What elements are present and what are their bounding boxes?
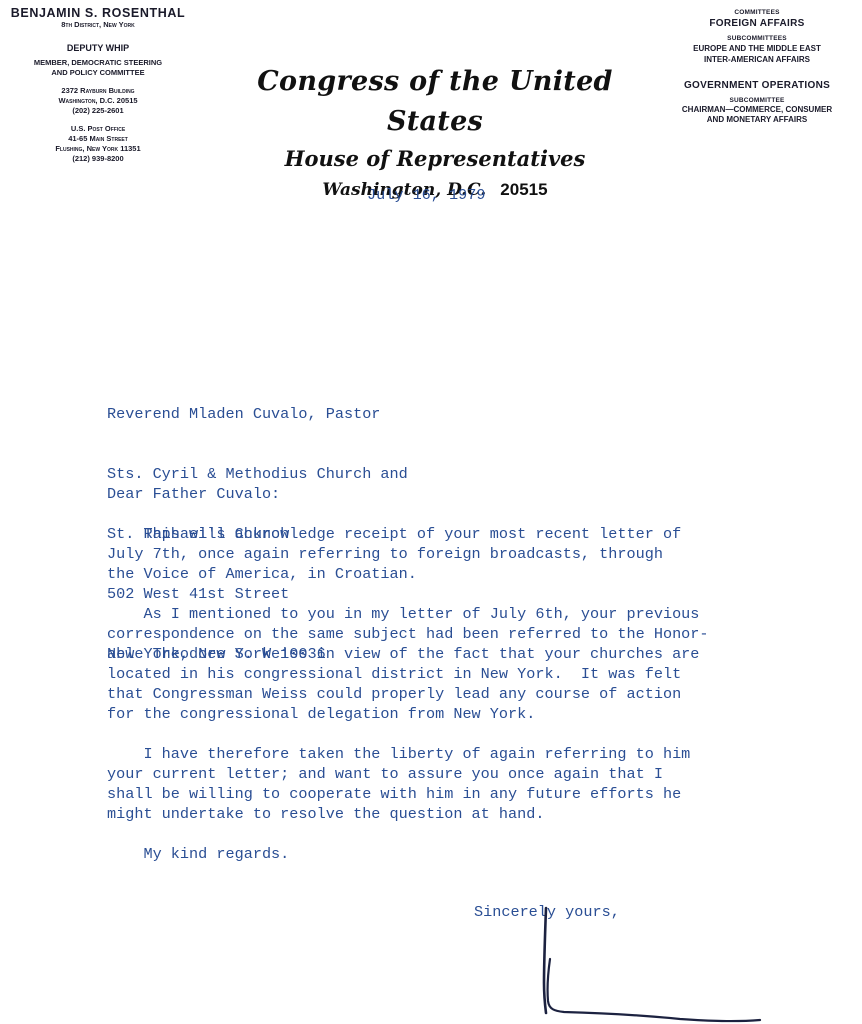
letterhead-left: BENJAMIN S. ROSENTHAL 8th District, New …: [0, 6, 196, 164]
address-line: Reverend Mladen Cuvalo, Pastor: [107, 404, 408, 424]
dc-office-line: 2372 Rayburn Building: [0, 86, 196, 96]
ny-office-line: 41-65 Main Street: [0, 134, 196, 144]
subcommittees-label: SUBCOMMITTEES: [652, 34, 862, 43]
committee-government-operations: GOVERNMENT OPERATIONS: [652, 79, 862, 93]
letterhead-congress: Congress of the United States: [230, 62, 640, 142]
letter-date: July 16, 1979: [367, 185, 485, 205]
letterhead-right: COMMITTEES FOREIGN AFFAIRS SUBCOMMITTEES…: [652, 8, 862, 125]
committees-label: COMMITTEES: [652, 8, 862, 17]
leadership-title: DEPUTY WHIP: [0, 43, 196, 54]
paragraph: As I mentioned to you in my letter of Ju…: [107, 604, 709, 724]
address-line: Sts. Cyril & Methodius Church and: [107, 464, 408, 484]
dc-office-line: Washington, D.C. 20515: [0, 96, 196, 106]
paragraph: My kind regards.: [107, 844, 289, 864]
ny-office-phone: (212) 939-8200: [0, 154, 196, 164]
salutation: Dear Father Cuvalo:: [107, 484, 280, 504]
subcommittee-europe: EUROPE AND THE MIDDLE EAST: [652, 43, 862, 54]
ny-office-line: Flushing, New York 11351: [0, 144, 196, 154]
paragraph: This will acknowledge receipt of your mo…: [107, 524, 681, 584]
ny-office-line: U.S. Post Office: [0, 124, 196, 134]
congressman-name: BENJAMIN S. ROSENTHAL: [0, 6, 196, 20]
letterhead-zip: 20515: [500, 180, 547, 199]
letterhead-house: House of Representatives: [230, 142, 640, 176]
chairmanship-line-2: AND MONETARY AFFAIRS: [652, 115, 862, 125]
dc-office-phone: (202) 225-2601: [0, 106, 196, 116]
subcommittee-inter-american: INTER-AMERICAN AFFAIRS: [652, 54, 862, 65]
signature: [530, 905, 770, 1024]
address-line: 502 West 41st Street: [107, 584, 408, 604]
membership-line-1: MEMBER, DEMOCRATIC STEERING: [0, 58, 196, 68]
membership-line-2: AND POLICY COMMITTEE: [0, 68, 196, 78]
subcommittee-label: SUBCOMMITTEE: [652, 96, 862, 105]
chairmanship-line-1: CHAIRMAN—COMMERCE, CONSUMER: [652, 105, 862, 115]
committee-foreign-affairs: FOREIGN AFFAIRS: [652, 17, 862, 31]
letterhead-center: Congress of the United States House of R…: [230, 62, 640, 204]
district: 8th District, New York: [0, 20, 196, 30]
paragraph: I have therefore taken the liberty of ag…: [107, 744, 690, 824]
